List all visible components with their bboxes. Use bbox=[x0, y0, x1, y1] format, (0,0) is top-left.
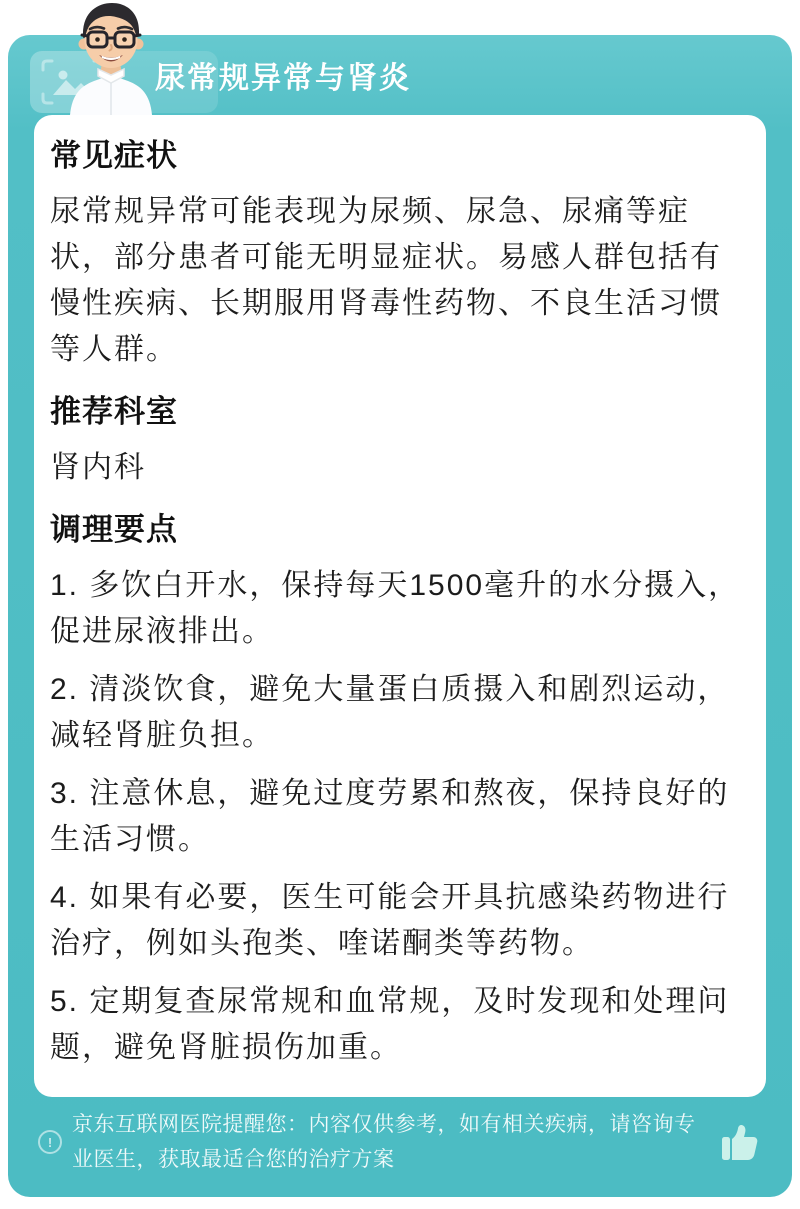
care-point-item: 1. 多饮白开水，保持每天1500毫升的水分摄入，促进尿液排出。 bbox=[50, 563, 750, 655]
doctor-avatar bbox=[52, 2, 170, 115]
care-point-item: 5. 定期复查尿常规和血常规，及时发现和处理问题，避免肾脏损伤加重。 bbox=[50, 979, 750, 1071]
thumbs-up-icon[interactable] bbox=[716, 1122, 762, 1162]
care-point-item: 4. 如果有必要，医生可能会开具抗感染药物进行治疗，例如头孢类、喹诺酮类等药物。 bbox=[50, 875, 750, 967]
health-info-card: 尿常规异常与肾炎 常见症状 尿常规异常可能表现为尿频、尿急、尿痛等症状，部分患者… bbox=[8, 35, 792, 1197]
disclaimer-text: 京东互联网医院提醒您：内容仅供参考，如有相关疾病，请咨询专业医生，获取最适合您的… bbox=[72, 1107, 706, 1177]
section-heading-symptoms: 常见症状 bbox=[50, 135, 750, 177]
info-icon: ! bbox=[38, 1130, 62, 1154]
care-point-item: 2. 清淡饮食，避免大量蛋白质摄入和剧烈运动，减轻肾脏负担。 bbox=[50, 667, 750, 759]
section-heading-care-points: 调理要点 bbox=[50, 509, 750, 551]
page-title: 尿常规异常与肾炎 bbox=[155, 53, 411, 97]
content-card: 常见症状 尿常规异常可能表现为尿频、尿急、尿痛等症状，部分患者可能无明显症状。易… bbox=[34, 115, 766, 1097]
card-header: 尿常规异常与肾炎 bbox=[8, 35, 792, 115]
care-point-item: 3. 注意休息，避免过度劳累和熬夜，保持良好的生活习惯。 bbox=[50, 771, 750, 863]
disclaimer-footer: ! 京东互联网医院提醒您：内容仅供参考，如有相关疾病，请咨询专业医生，获取最适合… bbox=[8, 1097, 792, 1197]
symptoms-paragraph: 尿常规异常可能表现为尿频、尿急、尿痛等症状，部分患者可能无明显症状。易感人群包括… bbox=[50, 189, 750, 373]
department-name: 肾内科 bbox=[50, 445, 750, 491]
section-heading-department: 推荐科室 bbox=[50, 391, 750, 433]
